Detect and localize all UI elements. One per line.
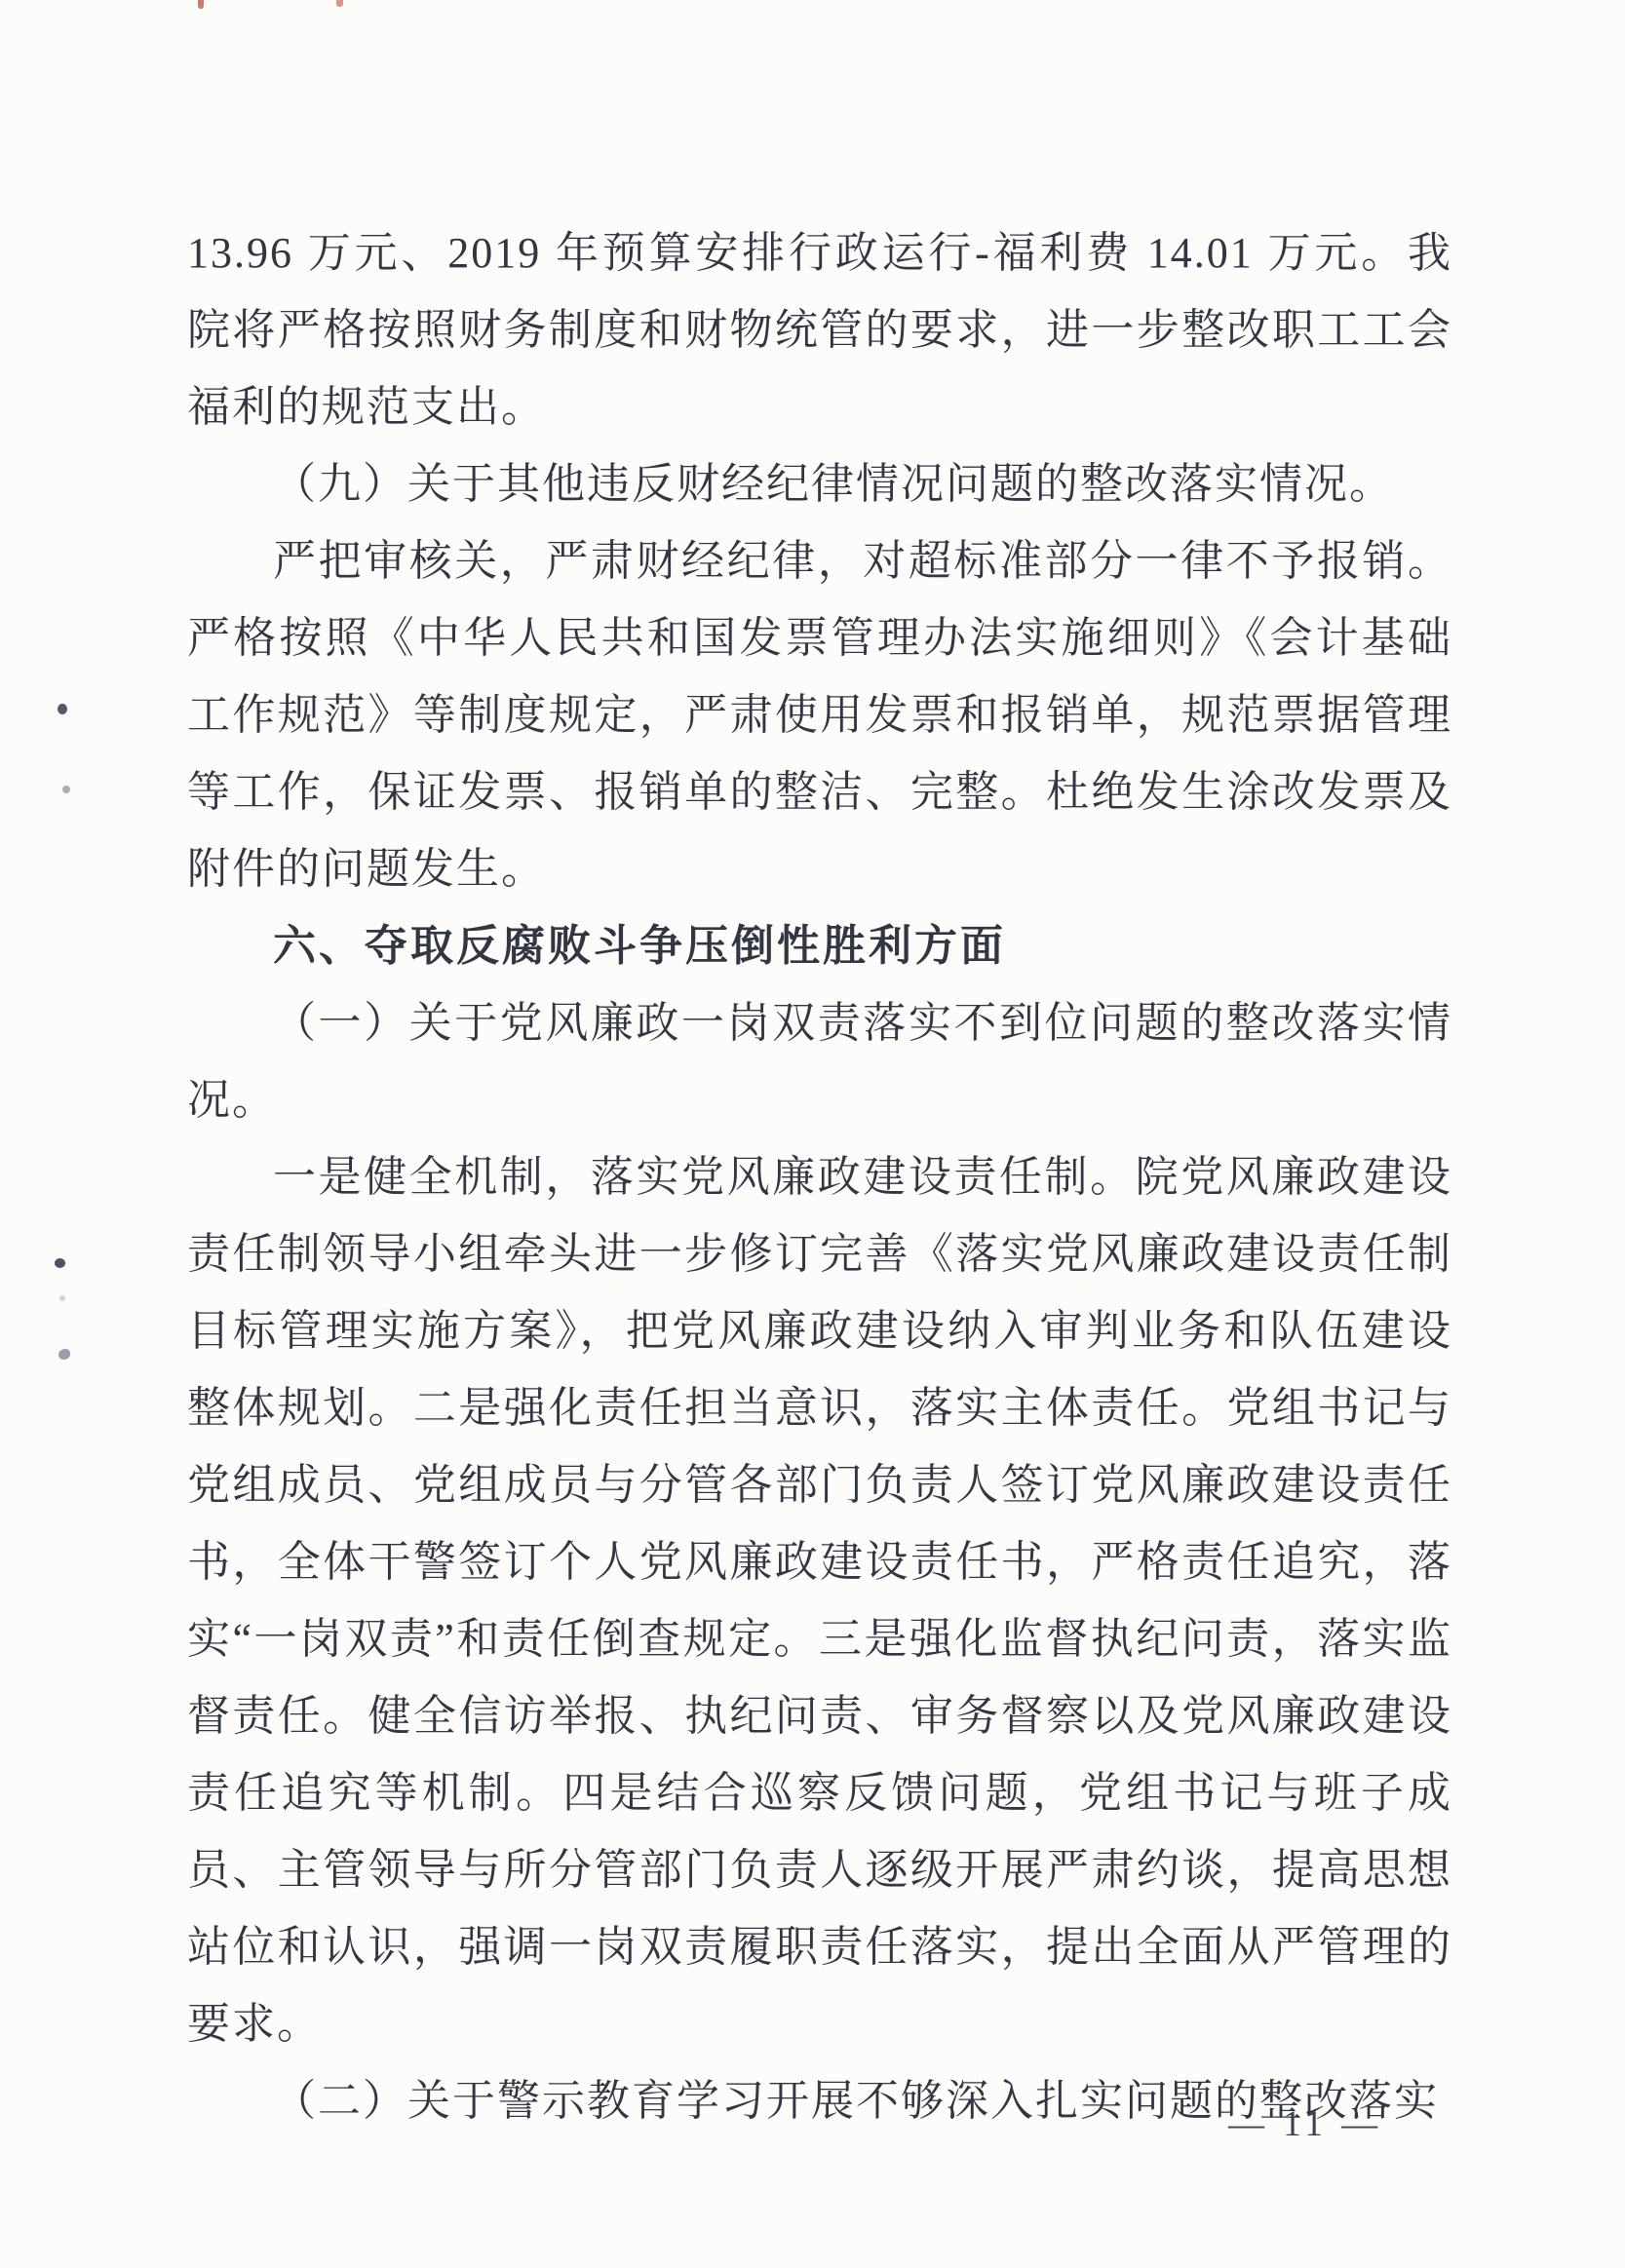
scan-mark	[198, 0, 204, 9]
scan-mark	[59, 1295, 65, 1301]
scan-mark	[58, 1349, 70, 1360]
document-page: 13.96 万元、2019 年预算安排行政运行-福利费 14.01 万元。我院将…	[0, 0, 1625, 2268]
document-body: 13.96 万元、2019 年预算安排行政运行-福利费 14.01 万元。我院将…	[187, 214, 1452, 2139]
scan-mark	[55, 1258, 65, 1268]
scan-mark	[62, 786, 70, 793]
paragraph-continuation: 13.96 万元、2019 年预算安排行政运行-福利费 14.01 万元。我院将…	[187, 214, 1452, 445]
scan-mark	[58, 704, 67, 714]
page-number: — 11 —	[1228, 2103, 1382, 2145]
scan-mark	[336, 0, 343, 7]
sub-heading-item-1: （一）关于党风廉政一岗双责落实不到位问题的整改落实情况。	[187, 984, 1452, 1138]
section-heading-6: 六、夺取反腐败斗争压倒性胜利方面	[187, 907, 1452, 984]
paragraph-section-9-body: 严把审核关，严肃财经纪律，对超标准部分一律不予报销。严格按照《中华人民共和国发票…	[187, 522, 1452, 907]
sub-heading-section-9: （九）关于其他违反财经纪律情况问题的整改落实情况。	[187, 445, 1452, 522]
paragraph-item-1-body: 一是健全机制，落实党风廉政建设责任制。院党风廉政建设责任制领导小组牵头进一步修订…	[187, 1138, 1452, 2062]
